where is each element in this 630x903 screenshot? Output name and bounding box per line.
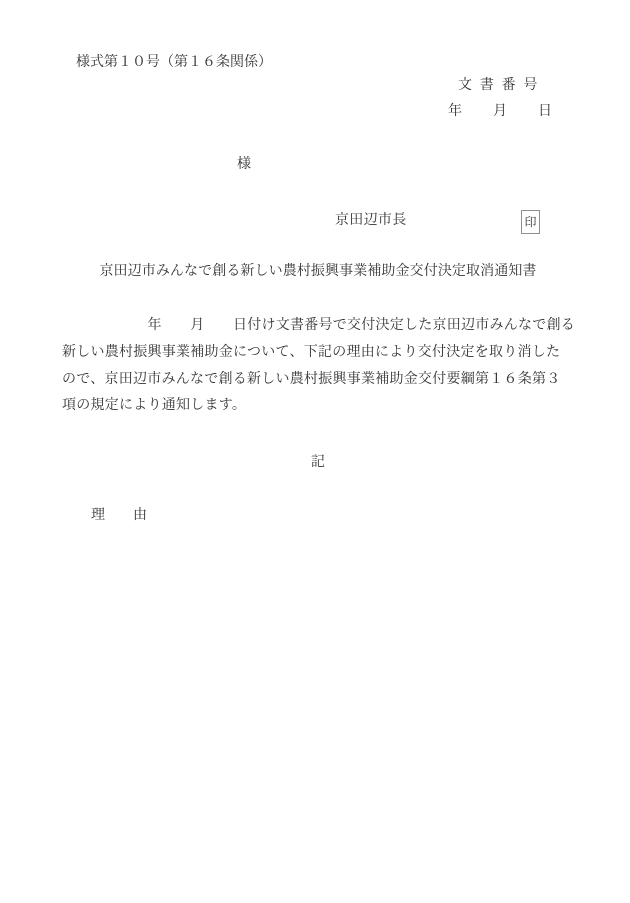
doc-number-label: 文書番号 [458,79,545,93]
record-marker: 記 [62,456,574,470]
sender-title: 京田辺市長 [335,214,407,228]
body-paragraph: 年 月 日付け文書番号で交付決定した京田辺市みんなで創る 新しい農村振興事業補助… [62,313,578,420]
seal-box: 印 [521,210,540,234]
document-title: 京田辺市みんなで創る新しい農村振興事業補助金交付決定取消通知書 [62,265,574,279]
body-line: ので、京田辺市みんなで創る新しい農村振興事業補助金交付要綱第１６条第３ [62,367,578,394]
form-number-label: 様式第１０号（第１６条関係） [76,56,272,70]
body-line: 新しい農村振興事業補助金について、下記の理由により交付決定を取り消した [62,340,578,367]
body-line: 年 月 日付け文書番号で交付決定した京田辺市みんなで創る [62,313,578,340]
body-line: 項の規定により通知します。 [62,393,578,420]
date-label: 年 月 日 [448,105,553,119]
addressee-honorific: 様 [237,158,251,172]
reason-label: 理 由 [91,509,147,523]
document-page: 様式第１０号（第１６条関係） 文書番号 年 月 日 様 京田辺市長 印 京田辺市… [0,0,630,903]
seal-label: 印 [524,216,536,228]
